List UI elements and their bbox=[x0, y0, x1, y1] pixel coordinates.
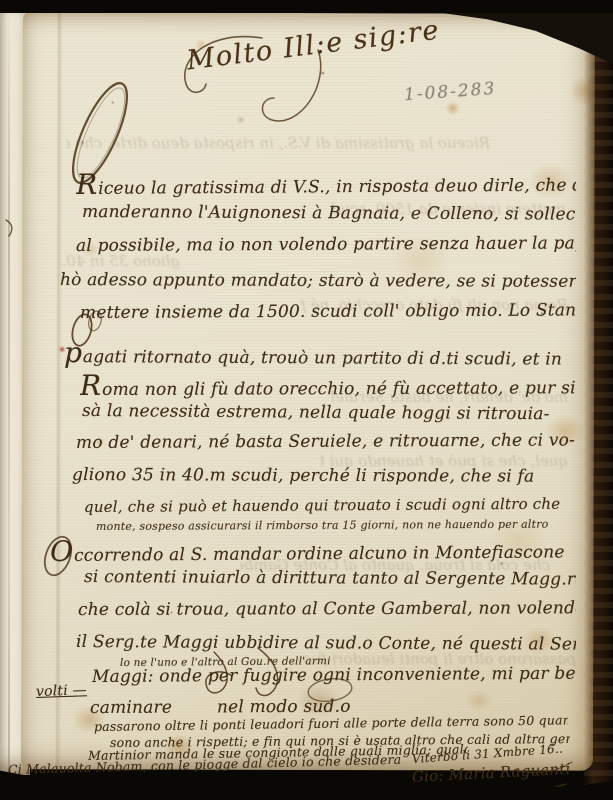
body-line: mettere insieme da 1500. scudi coll' obl… bbox=[80, 300, 576, 323]
bleed-through-text: Riceuo la gratissima di V.S., in rispost… bbox=[66, 134, 490, 152]
scan-background-top bbox=[0, 0, 613, 13]
body-line: hò adesso appunto mandato; starò à veder… bbox=[60, 270, 576, 292]
interline-note: monte, sospeso assicurarsi il rimborso t… bbox=[96, 518, 566, 533]
body-line: mo de' denari, né basta Seruiele, e ritr… bbox=[76, 430, 576, 453]
body-line: Occorrendo al S. mandar ordine alcuno in… bbox=[50, 531, 574, 568]
body-line: gliono 35 in 40.m scudi, perché li rispo… bbox=[72, 465, 576, 487]
body-line: Maggi: onde per fuggire ogni inconvenien… bbox=[92, 664, 576, 687]
book-fore-edge bbox=[584, 0, 613, 800]
body-line: Roma non gli fù dato orecchio, né fù acc… bbox=[80, 367, 576, 402]
body-line: sà la necessità estrema, nella quale hog… bbox=[82, 401, 576, 424]
body-line: si contenti inuiarlo à dirittura tanto a… bbox=[84, 567, 576, 590]
body-line: il Serg.te Maggi ubbidire al sud.o Conte… bbox=[76, 632, 576, 655]
body-line: manderanno l'Auignonesi à Bagnaia, e Col… bbox=[82, 202, 576, 225]
body-line: Riceuo la gratissima di V.S., in rispost… bbox=[76, 165, 576, 201]
body-line: al possibile, ma io non volendo partire … bbox=[76, 233, 576, 256]
body-line: quel, che si può et hauendo qui trouato … bbox=[84, 495, 576, 516]
margin-note-volti: volti — bbox=[36, 682, 89, 700]
manuscript-scan: Riceuo la gratissima di V.S., in rispost… bbox=[0, 0, 613, 800]
body-line: che colà si troua, quanto al Conte Gambe… bbox=[78, 598, 576, 620]
body-line: pagati ritornato quà, trouò un partito d… bbox=[64, 336, 576, 372]
